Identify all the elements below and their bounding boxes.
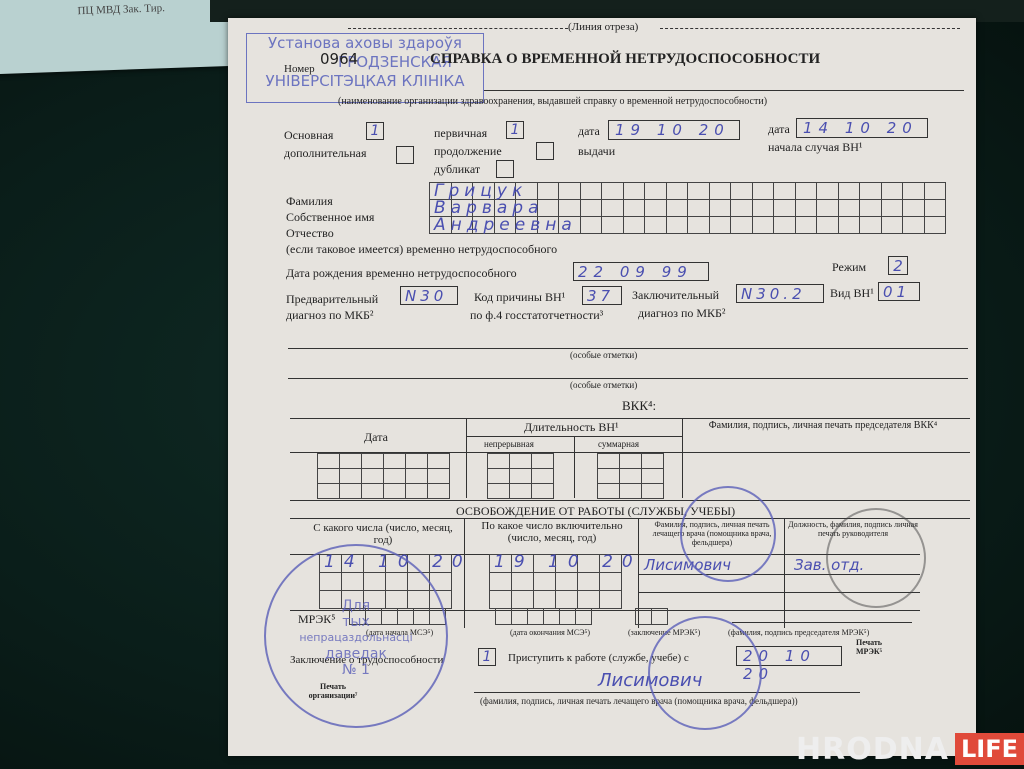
remarks-caption-1: (особые отметки): [570, 350, 637, 360]
grid-cell: [816, 216, 839, 234]
grid-cell: [509, 453, 532, 469]
grid-cell: [361, 468, 384, 484]
vkk-bottom-line: [290, 500, 970, 501]
grid-cell: [859, 182, 882, 200]
grid-cell: [641, 453, 664, 469]
grid-cell: [881, 199, 904, 217]
grid-cell: [383, 483, 406, 499]
issue-date-sub: выдачи: [578, 144, 615, 159]
grid-cell: [795, 182, 818, 200]
osnovnaya-label: Основная: [284, 128, 333, 143]
grid-cell: [924, 182, 947, 200]
grid-cell: [317, 483, 340, 499]
grid-cell: [509, 468, 532, 484]
grid-cell: [644, 182, 667, 200]
release-col-to: По какое число включительно (число, меся…: [468, 520, 636, 544]
grid-cell: [489, 572, 512, 591]
start-date-field[interactable]: 14 10 20: [796, 118, 928, 138]
mrek-end-caption: (дата окончания МСЭ⁵): [510, 628, 590, 637]
dublikat-checkbox[interactable]: [496, 160, 514, 178]
grid-cell: [795, 199, 818, 217]
mrek-chair-line: [732, 622, 912, 623]
grid-cell: [531, 453, 554, 469]
mode-label: Режим: [832, 260, 866, 275]
vkk-title: ВКК⁴:: [622, 398, 656, 414]
grid-cell: [511, 590, 534, 609]
grid-cell: [599, 590, 622, 609]
mode-field[interactable]: 2: [888, 256, 908, 275]
remarks-line-1: [288, 348, 968, 349]
name-caption: (если таковое имеется) временно нетрудос…: [286, 242, 557, 257]
issue-date-field[interactable]: 19 10 20: [608, 120, 740, 140]
org-caption: (наименование организации здравоохранени…: [338, 96, 767, 107]
grid-cell: [902, 199, 925, 217]
page-title: СПРАВКА О ВРЕМЕННОЙ НЕТРУДОСПОСОБНОСТИ: [430, 51, 820, 68]
surname-label: Фамилия: [286, 194, 333, 209]
final-diagnosis-label: Заключительный: [632, 288, 719, 303]
grid-cell: [859, 199, 882, 217]
grid-cell: [601, 216, 624, 234]
sick-leave-certificate: (Линия отреза) Установа аховы здароўя ГР…: [228, 18, 976, 756]
grid-cell: [405, 453, 428, 469]
mrek-chair-caption: (фамилия, подпись председателя МРЭК⁵): [728, 628, 869, 637]
prelim-diagnosis-field[interactable]: N30: [400, 286, 458, 305]
grid-cell: [730, 182, 753, 200]
remarks-caption-2: (особые отметки): [570, 380, 637, 390]
grid-cell: [533, 590, 556, 609]
grid-cell: [773, 199, 796, 217]
grid-cell: [795, 216, 818, 234]
organization-round-stamp: Для тых непрацаздольнасці даведак № 1: [264, 544, 448, 728]
grid-cell: [838, 182, 861, 200]
grid-cell: [577, 590, 600, 609]
issue-date-label: дата: [578, 124, 600, 139]
grid-cell: [511, 572, 534, 591]
hrodna-life-watermark: HRODNA LIFE: [790, 729, 1024, 769]
dob-label: Дата рождения временно нетрудоспособного: [286, 266, 517, 281]
grid-cell: [730, 216, 753, 234]
grid-cell: [487, 468, 510, 484]
prodolzhenie-label: продолжение: [434, 144, 502, 159]
grid-cell: [902, 182, 925, 200]
reason-code-label: Код причины ВН¹: [474, 290, 565, 305]
start-date-sub: начала случая ВН¹: [768, 140, 863, 155]
release-divider-1: [464, 518, 465, 628]
vkk-sub-line: [466, 436, 682, 437]
blue-paper-text: ПЦ МВД Зак. Тир.: [77, 2, 165, 17]
reason-code-sub: по ф.4 госстатотчетности³: [470, 308, 603, 323]
vkk-col-date: Дата: [364, 430, 388, 445]
number-value: 0964: [320, 50, 358, 68]
grid-cell: [555, 572, 578, 591]
grid-cell: [339, 483, 362, 499]
stamp-text-2: тых: [266, 614, 446, 630]
grid-cell: [558, 182, 581, 200]
stamp-text-4: даведак: [266, 646, 446, 662]
reason-code-field[interactable]: 37: [582, 286, 622, 305]
grid-cell: [816, 199, 839, 217]
start-date-label: дата: [768, 122, 790, 137]
conclusion-checkbox[interactable]: 1: [478, 648, 496, 666]
stamp-line-3: УНІВЕРСІТЭЦКАЯ КЛІНІКА: [247, 72, 483, 91]
dob-field[interactable]: 22 09 99: [573, 262, 709, 281]
grid-cell: [752, 199, 775, 217]
vkk-col-total: суммарная: [598, 439, 639, 449]
name-label: Собственное имя: [286, 210, 374, 225]
grid-cell: [427, 468, 450, 484]
vkk-divider-2: [574, 436, 575, 498]
grid-cell: [619, 453, 642, 469]
grid-cell: [509, 483, 532, 499]
grid-cell: [580, 182, 603, 200]
dublikat-label: дубликат: [434, 162, 480, 177]
vkk-col-chair: Фамилия, подпись, личная печать председа…: [698, 420, 948, 431]
grid-cell: [644, 216, 667, 234]
head-round-stamp: [826, 508, 926, 608]
release-col-from: С какого числа (число, месяц, год): [308, 522, 458, 546]
cut-line-right: [660, 28, 960, 29]
grid-cell: [687, 182, 710, 200]
grid-cell: [773, 182, 796, 200]
grid-cell: [641, 468, 664, 484]
mrek-end-cells[interactable]: [496, 608, 592, 625]
vkk-col-duration: Длительность ВН¹: [524, 420, 619, 435]
grid-cell: [881, 216, 904, 234]
grid-cell: [709, 199, 732, 217]
grid-cell: [687, 216, 710, 234]
grid-cell: [555, 590, 578, 609]
grid-cell: [623, 182, 646, 200]
vkk-continuous-grid: [488, 454, 554, 499]
grid-cell: [531, 483, 554, 499]
release-to-value[interactable]: 19 10 20: [494, 552, 642, 572]
patronymic-value[interactable]: Андреевна: [434, 215, 577, 235]
cut-line-left: [348, 28, 568, 29]
stamp-text-1: Для: [266, 598, 446, 614]
grid-cell: [361, 483, 384, 499]
pervichnaya-checkbox[interactable]: 1: [506, 121, 524, 139]
background-blue-paper: ПЦ МВД Зак. Тир.: [0, 0, 236, 74]
grid-cell: [339, 468, 362, 484]
prelim-diagnosis-label: Предварительный: [286, 292, 378, 307]
grid-cell: [533, 572, 556, 591]
grid-cell: [383, 468, 406, 484]
grid-cell: [427, 483, 450, 499]
cut-line-label: (Линия отреза): [568, 21, 638, 33]
grid-cell: [383, 453, 406, 469]
mrek-seal-label: Печать МРЭК⁵: [856, 638, 896, 656]
grid-cell: [619, 468, 642, 484]
vkk-col-continuous: непрерывная: [484, 439, 534, 449]
osnovnaya-checkbox[interactable]: 1: [366, 122, 384, 140]
grid-cell: [489, 590, 512, 609]
grid-cell: [580, 216, 603, 234]
vkk-date-grid: [318, 454, 450, 499]
grid-cell: [599, 572, 622, 591]
stamp-text-3: непрацаздольнасці: [266, 630, 446, 646]
grid-cell: [597, 468, 620, 484]
grid-cell: [339, 453, 362, 469]
grid-cell: [531, 468, 554, 484]
vn-type-field[interactable]: 01: [878, 282, 920, 301]
grid-cell: [752, 216, 775, 234]
vkk-divider-1: [466, 418, 467, 498]
grid-cell: [317, 453, 340, 469]
grid-cell: [580, 199, 603, 217]
grid-cell: [924, 216, 947, 234]
vn-type-label: Вид ВН¹: [830, 286, 874, 301]
vkk-top-line: [290, 418, 970, 419]
pervichnaya-label: первичная: [434, 126, 487, 141]
dopolnitelnaya-label: дополнительная: [284, 146, 367, 161]
grid-cell: [859, 216, 882, 234]
grid-cell: [881, 182, 904, 200]
grid-cell: [601, 199, 624, 217]
grid-cell: [666, 182, 689, 200]
grid-cell: [666, 216, 689, 234]
grid-cell: [752, 182, 775, 200]
watermark-hrodna: HRODNA: [790, 732, 955, 767]
vkk-total-grid: [598, 454, 664, 499]
grid-cell: [405, 483, 428, 499]
grid-cell: [687, 199, 710, 217]
grid-cell: [838, 216, 861, 234]
grid-cell: [597, 483, 620, 499]
grid-cell: [427, 453, 450, 469]
number-label: Номер: [284, 63, 315, 75]
grid-cell: [487, 453, 510, 469]
watermark-life: LIFE: [955, 733, 1024, 765]
org-line: [484, 90, 964, 91]
doctor-personal-stamp: [648, 616, 762, 730]
organization-stamp: Установа аховы здароўя ГРОДЗЕНСКАЯ УНІВЕ…: [246, 33, 484, 103]
doctor-round-stamp: [680, 486, 776, 582]
grid-cell: [709, 182, 732, 200]
grid-cell: [623, 216, 646, 234]
grid-cell: [709, 216, 732, 234]
dopolnitelnaya-checkbox[interactable]: [396, 146, 414, 164]
grid-cell: [730, 199, 753, 217]
final-diagnosis-field[interactable]: N30.2: [736, 284, 824, 303]
remarks-line-2: [288, 378, 968, 379]
grid-cell: [816, 182, 839, 200]
grid-cell: [601, 182, 624, 200]
prodolzhenie-checkbox[interactable]: [536, 142, 554, 160]
prelim-diagnosis-sub: диагноз по МКБ²: [286, 308, 374, 323]
grid-cell: [773, 216, 796, 234]
grid-cell: [644, 199, 667, 217]
grid-cell: [317, 468, 340, 484]
stamp-text-5: № 1: [266, 662, 446, 678]
grid-cell: [641, 483, 664, 499]
release-divider-3: [784, 518, 785, 628]
grid-cell: [623, 199, 646, 217]
grid-cell: [666, 199, 689, 217]
mrek-conclusion-cells[interactable]: [636, 608, 668, 625]
grid-cell: [619, 483, 642, 499]
final-diagnosis-sub: диагноз по МКБ²: [638, 306, 726, 321]
grid-cell: [487, 483, 510, 499]
grid-cell: [361, 453, 384, 469]
patronymic-label: Отчество: [286, 226, 334, 241]
grid-cell: [924, 199, 947, 217]
grid-cell: [902, 216, 925, 234]
grid-cell: [597, 453, 620, 469]
grid-cell: [405, 468, 428, 484]
grid-cell: [838, 199, 861, 217]
vkk-divider-3: [682, 418, 683, 498]
grid-cell: [577, 572, 600, 591]
